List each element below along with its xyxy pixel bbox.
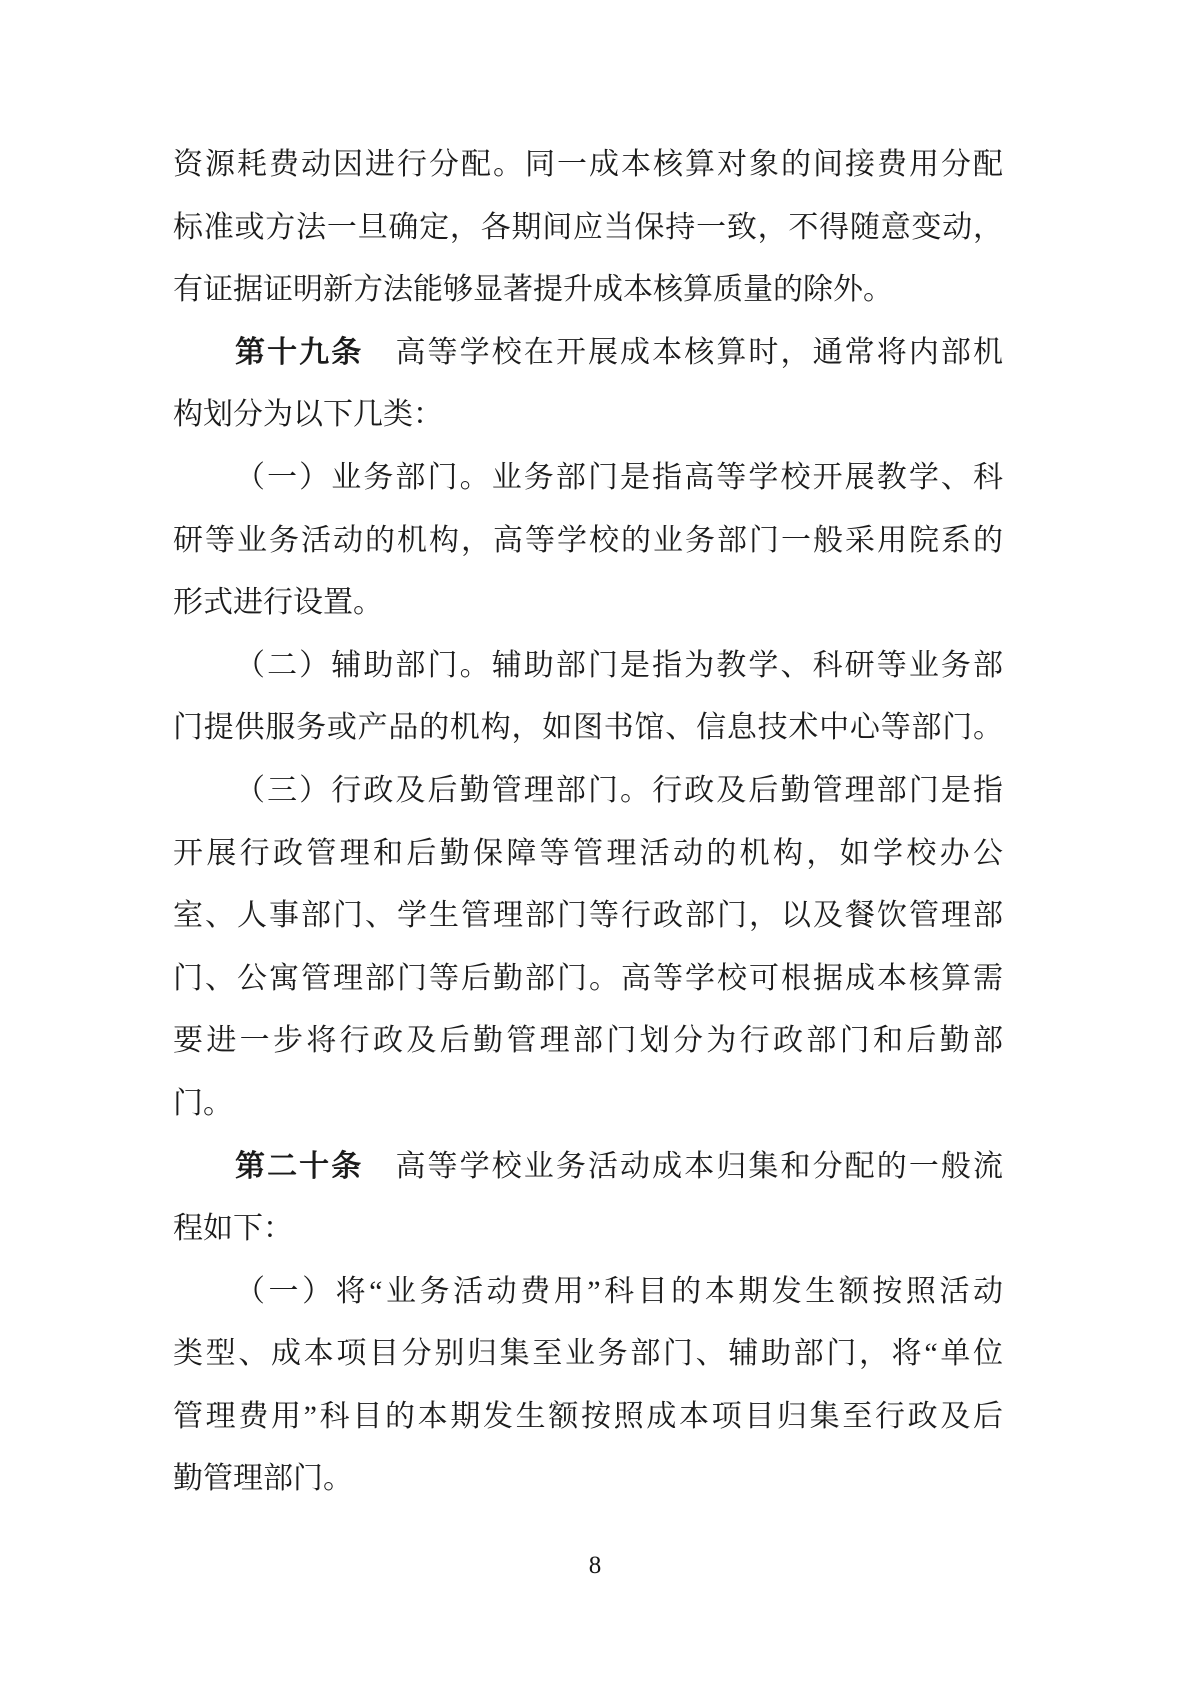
text-line: 门提供服务或产品的机构，如图书馆、信息技术中心等部门。	[173, 697, 1003, 760]
text-line: （二）辅助部门。辅助部门是指为教学、科研等业务部	[173, 635, 1003, 698]
text-line: 门、公寓管理部门等后勤部门。高等学校可根据成本核算需	[173, 948, 1003, 1011]
body-text: 高等学校业务活动成本归集和分配的一般流	[363, 1150, 1003, 1183]
text-line: 第二十条 高等学校业务活动成本归集和分配的一般流	[173, 1136, 1003, 1199]
text-line: （一）将“业务活动费用”科目的本期发生额按照活动	[173, 1261, 1003, 1324]
body-text: 门。	[173, 1087, 233, 1120]
text-line: 开展行政管理和后勤保障等管理活动的机构，如学校办公	[173, 823, 1003, 886]
text-line: 第十九条 高等学校在开展成本核算时，通常将内部机	[173, 322, 1003, 385]
text-line: 形式进行设置。	[173, 572, 1003, 635]
body-text: 有证据证明新方法能够显著提升成本核算质量的除外。	[173, 273, 893, 306]
text-line: 资源耗费动因进行分配。同一成本核算对象的间接费用分配	[173, 134, 1003, 197]
article-heading-text: 第十九条	[235, 336, 363, 369]
text-line: 室、人事部门、学生管理部门等行政部门，以及餐饮管理部	[173, 885, 1003, 948]
document-body: 资源耗费动因进行分配。同一成本核算对象的间接费用分配标准或方法一旦确定，各期间应…	[173, 134, 1003, 1511]
text-line: 构划分为以下几类：	[173, 384, 1003, 447]
body-text: （三）行政及后勤管理部门。行政及后勤管理部门是指	[235, 774, 1003, 807]
text-line: 要进一步将行政及后勤管理部门划分为行政部门和后勤部	[173, 1010, 1003, 1073]
body-text: 资源耗费动因进行分配。同一成本核算对象的间接费用分配	[173, 148, 1003, 181]
body-text: （一）业务部门。业务部门是指高等学校开展教学、科	[235, 461, 1003, 494]
text-line: 门。	[173, 1073, 1003, 1136]
body-text: （一）将“业务活动费用”科目的本期发生额按照活动	[235, 1275, 1003, 1308]
body-text: 室、人事部门、学生管理部门等行政部门，以及餐饮管理部	[173, 899, 1003, 932]
text-line: 有证据证明新方法能够显著提升成本核算质量的除外。	[173, 259, 1003, 322]
text-line: （一）业务部门。业务部门是指高等学校开展教学、科	[173, 447, 1003, 510]
body-text: （二）辅助部门。辅助部门是指为教学、科研等业务部	[235, 649, 1003, 682]
body-text: 勤管理部门。	[173, 1462, 353, 1495]
text-line: 管理费用”科目的本期发生额按照成本项目归集至行政及后	[173, 1386, 1003, 1449]
body-text: 构划分为以下几类：	[173, 398, 443, 431]
text-line: 勤管理部门。	[173, 1448, 1003, 1511]
text-line: 程如下：	[173, 1198, 1003, 1261]
body-text: 形式进行设置。	[173, 586, 383, 619]
body-text: 标准或方法一旦确定，各期间应当保持一致，不得随意变动，	[173, 211, 1003, 244]
text-line: （三）行政及后勤管理部门。行政及后勤管理部门是指	[173, 760, 1003, 823]
body-text: 开展行政管理和后勤保障等管理活动的机构，如学校办公	[173, 837, 1003, 870]
body-text: 程如下：	[173, 1212, 293, 1245]
body-text: 要进一步将行政及后勤管理部门划分为行政部门和后勤部	[173, 1024, 1003, 1057]
body-text: 类型、成本项目分别归集至业务部门、辅助部门，将“单位	[173, 1337, 1003, 1370]
document-page: 资源耗费动因进行分配。同一成本核算对象的间接费用分配标准或方法一旦确定，各期间应…	[0, 0, 1190, 1684]
body-text: 门提供服务或产品的机构，如图书馆、信息技术中心等部门。	[173, 711, 1003, 744]
body-text: 研等业务活动的机构，高等学校的业务部门一般采用院系的	[173, 524, 1003, 557]
body-text: 门、公寓管理部门等后勤部门。高等学校可根据成本核算需	[173, 962, 1003, 995]
text-line: 标准或方法一旦确定，各期间应当保持一致，不得随意变动，	[173, 197, 1003, 260]
body-text: 管理费用”科目的本期发生额按照成本项目归集至行政及后	[173, 1400, 1003, 1433]
page-number: 8	[0, 1548, 1190, 1584]
text-line: 类型、成本项目分别归集至业务部门、辅助部门，将“单位	[173, 1323, 1003, 1386]
text-line: 研等业务活动的机构，高等学校的业务部门一般采用院系的	[173, 510, 1003, 573]
article-heading-text: 第二十条	[235, 1150, 363, 1183]
body-text: 高等学校在开展成本核算时，通常将内部机	[363, 336, 1003, 369]
